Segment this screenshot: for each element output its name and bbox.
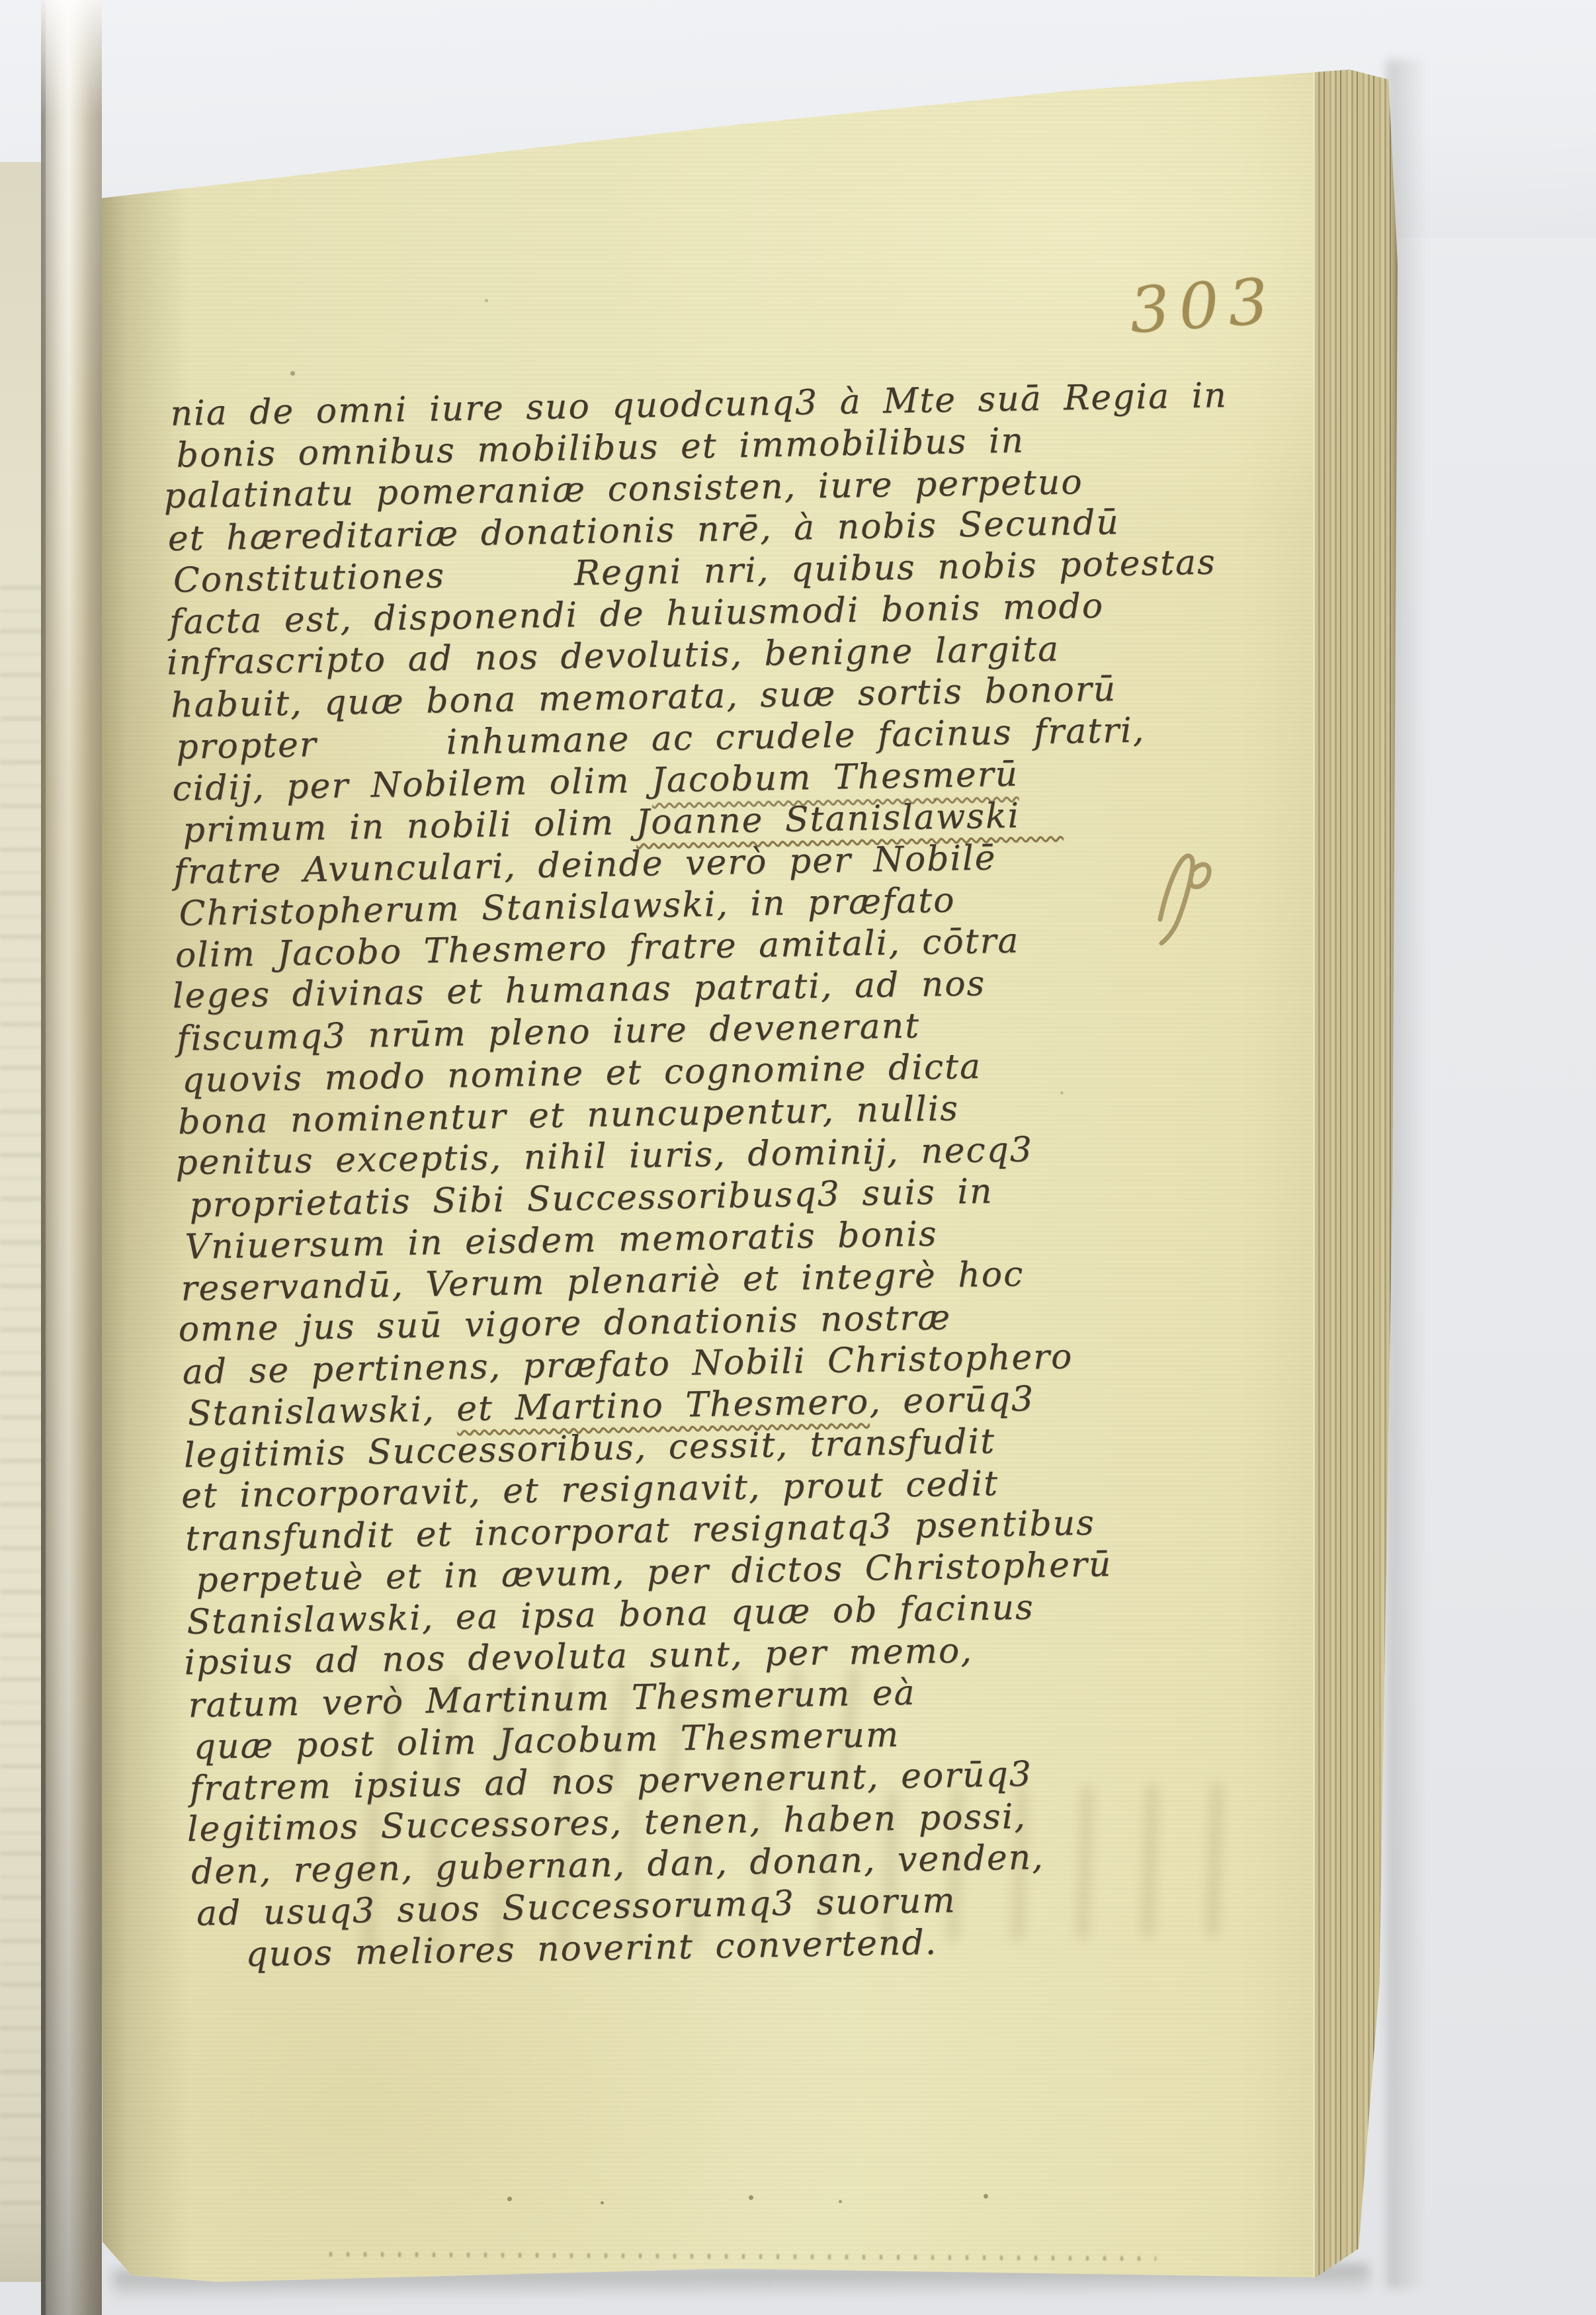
facing-page-ghost-text	[0, 585, 46, 2239]
line-segment: , eorūq3	[869, 1379, 1035, 1421]
line-segment: Stanislawski,	[187, 1390, 456, 1434]
line-segment: cidij, per Nobilem olim	[172, 761, 652, 809]
underlined-name: Jacobum Thesmerū	[651, 755, 1019, 801]
page-holding-rod	[41, 0, 102, 2315]
line-segment: primum in nobili olim	[183, 803, 636, 851]
manuscript-scan: 303 nia de omni iure suo quodcunq3 à Mte…	[0, 0, 1596, 2315]
fore-edge-page-stack	[1313, 60, 1398, 2282]
text-block: nia de omni iure suo quodcunq3 à Mte suā…	[165, 375, 1238, 1976]
page-number: 303	[1127, 265, 1279, 347]
underlined-name: Joanne Stanislawski	[636, 795, 1064, 842]
manuscript-page: 303 nia de omni iure suo quodcunq3 à Mte…	[98, 60, 1398, 2282]
facing-page-sliver	[0, 162, 46, 2282]
rod-sheen	[41, 0, 102, 2315]
underlined-name: et Martino Thesmero	[456, 1382, 870, 1429]
